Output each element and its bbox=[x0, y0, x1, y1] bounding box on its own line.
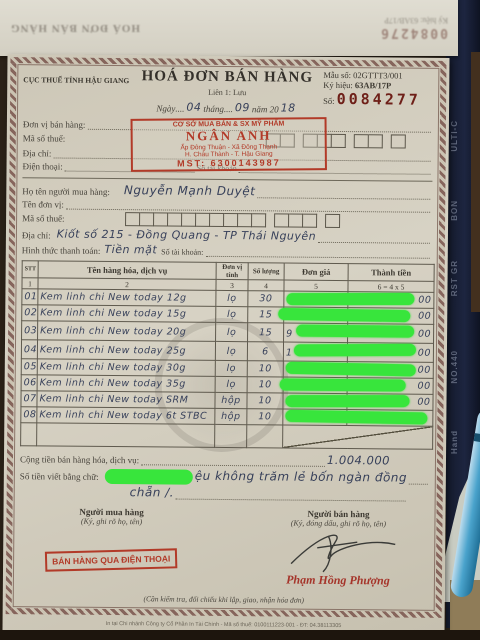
previous-invoice-flipped-text: 0084276 Ký hiệu: 63AB/17P HOÁ ĐƠN BÁN HÀ… bbox=[10, 2, 448, 54]
invoice-header: CỤC THUẾ TỈNH HẬU GIANG HOÁ ĐƠN BÁN HÀNG… bbox=[23, 67, 433, 116]
invoice-date: Ngày.... 04 tháng.... 09 năm 20 18 bbox=[131, 100, 323, 115]
seller-phone-label: Điện thoại: bbox=[23, 161, 63, 171]
table-surface-edge bbox=[471, 52, 480, 312]
buyer-name-value: Nguyễn Mạnh Duyệt bbox=[124, 183, 255, 198]
form-label: Mẫu số: bbox=[323, 70, 351, 80]
item-unit: hộp bbox=[215, 408, 247, 424]
grand-total-label: Cộng tiền bán hàng hóa, dịch vụ: bbox=[20, 454, 139, 465]
item-unit: lọ bbox=[216, 306, 248, 322]
item-name: Kem linh chi New today 30g bbox=[37, 359, 215, 377]
invoice-number: 0084277 bbox=[337, 90, 421, 109]
seller-signature-sub: (Ký, đóng dấu, ghi rõ họ, tên) bbox=[273, 518, 403, 528]
item-unit: lọ bbox=[215, 376, 247, 392]
item-stt: 02 bbox=[22, 305, 38, 321]
date-month-label: tháng bbox=[203, 104, 224, 114]
item-stt: 01 bbox=[22, 289, 38, 305]
tax-agency: CỤC THUẾ TỈNH HẬU GIANG bbox=[23, 67, 131, 113]
buyer-section: Họ tên người mua hàng: Nguyễn Mạnh Duyệt… bbox=[22, 177, 433, 259]
date-year: 18 bbox=[281, 101, 296, 114]
green-marker-redaction bbox=[280, 378, 406, 391]
previous-invoice-number: 0084276 bbox=[379, 25, 448, 40]
item-qty: 15 bbox=[248, 323, 284, 342]
empty-row bbox=[21, 423, 433, 450]
col-unit: Đơn vị tính bbox=[216, 262, 248, 279]
date-year-label: năm 20 bbox=[252, 104, 279, 114]
item-stt: 08 bbox=[21, 407, 37, 423]
idx-5: 5 bbox=[284, 280, 348, 292]
item-qty: 30 bbox=[248, 291, 284, 307]
carbon-box-text: BON bbox=[450, 200, 459, 221]
green-marker-redaction bbox=[285, 410, 427, 425]
item-unit: lọ bbox=[216, 290, 248, 306]
items-table: STT Tên hàng hóa, dịch vụ Đơn vị tính Số… bbox=[20, 260, 435, 450]
buyer-signature-block: Người mua hàng (Ký, ghi rõ họ, tên) BÁN … bbox=[45, 506, 178, 586]
item-stt: 03 bbox=[22, 321, 38, 340]
number-label: Số: bbox=[323, 96, 334, 106]
buyer-address-label: Địa chỉ: bbox=[22, 230, 51, 240]
form-value: 02GTTT3/001 bbox=[353, 70, 403, 80]
date-prefix: Ngày bbox=[156, 103, 175, 113]
item-name: Kem linh chi New today 20g bbox=[38, 321, 216, 342]
item-stt: 04 bbox=[21, 340, 37, 359]
item-qty: 10 bbox=[247, 409, 283, 425]
item-name: Kem linh chi New today 12g bbox=[38, 289, 216, 307]
buyer-tax-label: Mã số thuế: bbox=[22, 213, 65, 223]
seller-red-stamp: CƠ SỞ MUA BÁN & SX MỸ PHẨM NGÂN ANH Ấp Đ… bbox=[131, 117, 327, 172]
invoice-copy: Liên 1: Lưu bbox=[131, 87, 323, 98]
item-name: Kem linh chi New today SRM bbox=[37, 391, 215, 409]
item-name: Kem linh chi New today 15g bbox=[38, 305, 216, 323]
buyer-account-label: Số tài khoản: bbox=[161, 247, 203, 256]
green-marker-redaction bbox=[286, 362, 416, 377]
item-name: Kem linh chi New today 35g bbox=[37, 375, 215, 393]
invoice-frame: CỤC THUẾ TỈNH HẬU GIANG HOÁ ĐƠN BÁN HÀNG… bbox=[6, 57, 447, 618]
item-unit: lọ bbox=[215, 360, 247, 376]
green-marker-redaction bbox=[286, 293, 414, 305]
seller-signature bbox=[273, 529, 403, 574]
invoice-title: HOÁ ĐƠN BÁN HÀNG bbox=[131, 68, 323, 87]
print-info: In tại Chi nhánh Công ty Cổ Phần In Tài … bbox=[3, 620, 445, 630]
phone-sale-stamp: BÁN HÀNG QUA ĐIỆN THOẠI bbox=[45, 548, 178, 571]
item-qty: 10 bbox=[247, 377, 283, 393]
green-marker-redaction bbox=[105, 469, 193, 485]
stamp-tax-id: MST: 6300143987 bbox=[135, 157, 323, 169]
grand-total-value: 1.004.000 bbox=[327, 453, 390, 468]
item-name: Kem linh chi New today 6t STBC bbox=[37, 407, 215, 425]
item-price: 1 bbox=[286, 348, 293, 359]
previous-invoice-title: HOÁ ĐƠN BÁN HÀNG bbox=[10, 22, 140, 34]
idx-3: 3 bbox=[216, 279, 248, 290]
col-price: Đơn giá bbox=[284, 263, 348, 281]
idx-1: 1 bbox=[22, 278, 38, 289]
pen-cap bbox=[474, 433, 480, 444]
item-name: Kem linh chi New today 25g bbox=[37, 340, 215, 361]
photo-bottom-shadow bbox=[0, 630, 480, 640]
carbon-box-text: NO.440 bbox=[450, 350, 459, 384]
item-stt: 05 bbox=[21, 359, 37, 375]
col-qty: Số lượng bbox=[248, 263, 284, 280]
item-stt: 06 bbox=[21, 375, 37, 391]
buyer-name-label: Họ tên người mua hàng: bbox=[22, 186, 110, 197]
amount-in-words-label: Số tiền viết bằng chữ: bbox=[20, 471, 99, 482]
item-qty: 10 bbox=[247, 361, 283, 377]
buyer-tax-boxes bbox=[125, 212, 340, 228]
item-qty: 10 bbox=[247, 393, 283, 409]
previous-invoice-page: 0084276 Ký hiệu: 63AB/17P HOÁ ĐƠN BÁN HÀ… bbox=[0, 0, 458, 56]
col-name: Tên hàng hóa, dịch vụ bbox=[38, 261, 216, 280]
seller-signature-block: Người bán hàng (Ký, đóng dấu, ghi rõ họ,… bbox=[273, 508, 404, 588]
idx-4: 4 bbox=[248, 280, 284, 291]
idx-6: 6 = 4 x 5 bbox=[348, 281, 434, 293]
payment-method-label: Hình thức thanh toán: bbox=[22, 245, 101, 256]
seller-tax-label: Mã số thuế: bbox=[23, 133, 66, 143]
buyer-address-value: Kiốt số 215 - Đồng Quang - TP Thái Nguyê… bbox=[57, 228, 317, 243]
photo-scene: Hand ULTI-C BON RST GR NO.440 Hand 00842… bbox=[0, 0, 480, 640]
diagonal-strike bbox=[283, 425, 433, 449]
serial-value: 63AB/17P bbox=[355, 80, 391, 90]
seller-name: Phạm Hồng Phượng bbox=[273, 572, 403, 588]
green-marker-redaction bbox=[296, 325, 414, 338]
date-month: 09 bbox=[235, 101, 250, 114]
amount-in-words-text2: chẵn /. bbox=[130, 485, 174, 499]
date-day: 04 bbox=[186, 101, 201, 114]
item-stt: 07 bbox=[21, 391, 37, 407]
footer-note: (Cần kiểm tra, đối chiếu khi lập, giao, … bbox=[19, 593, 429, 606]
carbon-box-text: Hand bbox=[450, 430, 459, 454]
stamp-business-name: NGÂN ANH bbox=[135, 127, 323, 145]
amount-in-words-line2: chẵn /. bbox=[130, 485, 430, 502]
serial-label: Ký hiệu: bbox=[323, 80, 353, 90]
carbon-box-text: ULTI-C bbox=[450, 120, 459, 152]
item-price: 9 bbox=[286, 329, 293, 340]
buyer-unit-label: Tên đơn vị: bbox=[22, 199, 64, 209]
previous-invoice-serial: Ký hiệu: 63AB/17P bbox=[379, 16, 448, 25]
buyer-signature-sub: (Ký, ghi rõ họ, tên) bbox=[45, 516, 177, 526]
grand-total-line: Cộng tiền bán hàng hóa, dịch vụ: 1.004.0… bbox=[20, 450, 430, 468]
green-marker-redaction bbox=[278, 308, 410, 322]
col-total: Thành tiền bbox=[348, 264, 434, 282]
carbon-box-text: RST GR bbox=[450, 260, 459, 296]
item-unit: hộp bbox=[215, 392, 247, 408]
item-unit: lọ bbox=[216, 322, 248, 341]
seller-section: CƠ SỞ MUA BÁN & SX MỸ PHẨM NGÂN ANH Ấp Đ… bbox=[23, 118, 433, 175]
seller-address-label: Địa chỉ: bbox=[23, 148, 52, 158]
signature-section: Người mua hàng (Ký, ghi rõ họ, tên) BÁN … bbox=[19, 506, 430, 589]
col-stt: STT bbox=[22, 261, 38, 278]
item-unit: lọ bbox=[215, 341, 247, 360]
invoice-paper: CỤC THUẾ TỈNH HẬU GIANG HOÁ ĐƠN BÁN HÀNG… bbox=[2, 54, 449, 634]
item-qty: 6 bbox=[247, 342, 283, 361]
green-marker-redaction bbox=[286, 395, 410, 407]
payment-method-value: Tiền mặt bbox=[104, 243, 157, 256]
seller-unit-label: Đơn vị bán hàng: bbox=[23, 119, 86, 130]
amount-in-words-line: Số tiền viết bằng chữ: ệu không trăm lẻ … bbox=[20, 467, 430, 485]
amount-in-words-text: ệu không trăm lẻ bốn ngàn đồng bbox=[195, 469, 407, 485]
green-marker-redaction bbox=[294, 344, 416, 357]
